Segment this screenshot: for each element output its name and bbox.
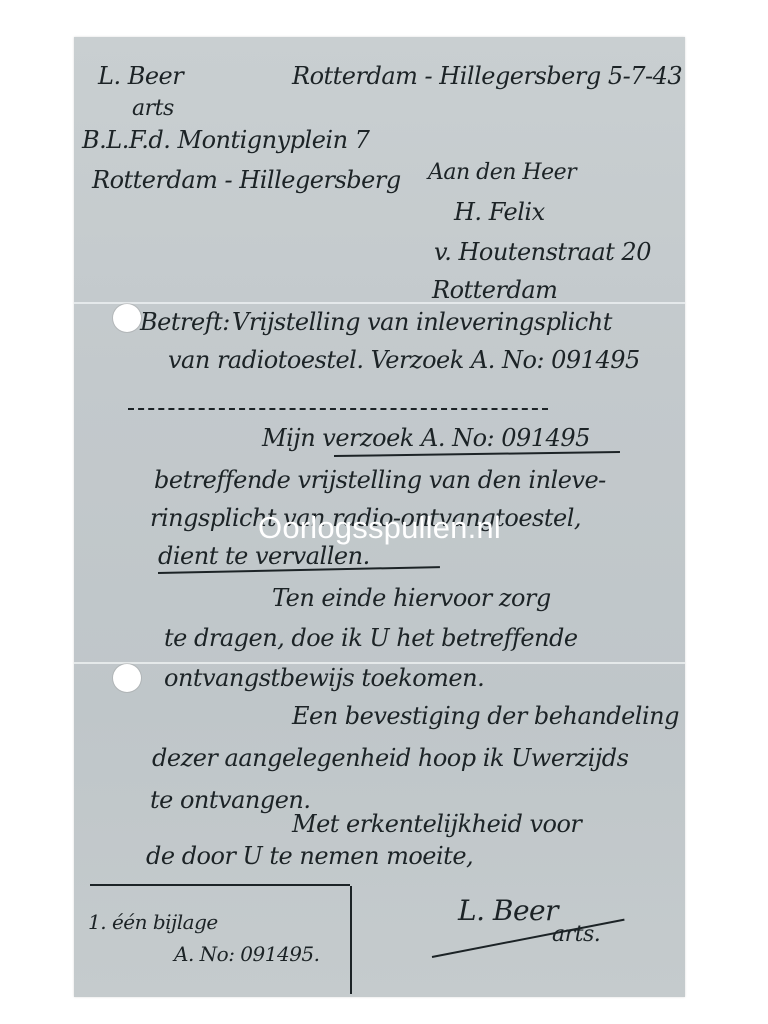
- recipient-street: v. Houtenstraat 20: [434, 238, 651, 266]
- sender-address: B.L.F.d. Montignyplein 7: [82, 126, 369, 154]
- body-p4-line2: de door U te nemen moeite,: [146, 842, 473, 870]
- body-p2-line2: te dragen, doe ik U het betreffende: [164, 624, 578, 652]
- enclosure-line-2: A. No: 091495.: [174, 942, 320, 966]
- sender-city: Rotterdam - Hillegersberg: [92, 166, 401, 194]
- body-p2-line3: ontvangstbewijs toekomen.: [164, 664, 484, 692]
- body-p1-line4: dient te vervallen.: [158, 542, 370, 570]
- dateline: Rotterdam - Hillegersberg 5-7-43: [292, 62, 682, 90]
- watermark: Oorlogsspullen.nl: [258, 510, 501, 546]
- recipient-city: Rotterdam: [432, 276, 557, 304]
- recipient-name: H. Felix: [454, 198, 545, 226]
- body-p3-line2: dezer aangelegenheid hoop ik Uwerzijds: [152, 744, 628, 772]
- subject-line-2: van radiotoestel. Verzoek A. No: 091495: [168, 346, 640, 374]
- punch-hole-upper: [113, 304, 141, 332]
- recipient-salutation: Aan den Heer: [428, 160, 576, 185]
- body-p4-line1: Met erkentelijkheid voor: [292, 810, 581, 838]
- fold-line-upper: [74, 302, 685, 304]
- body-p3-line3: te ontvangen.: [150, 786, 311, 814]
- enclosure-box-top: [90, 884, 350, 886]
- subject-label: Betreft:: [140, 308, 230, 336]
- punch-hole-lower: [113, 664, 141, 692]
- signature-title: arts.: [552, 922, 600, 947]
- sender-title: arts: [132, 96, 174, 121]
- subject-line-1: Vrijstelling van inleveringsplicht: [232, 308, 612, 336]
- dashed-separator: [128, 408, 548, 412]
- body-p1-line1: Mijn verzoek A. No: 091495: [262, 424, 590, 452]
- enclosure-line-1: 1. één bijlage: [88, 910, 218, 934]
- sender-name: L. Beer: [98, 62, 183, 90]
- body-p1-line2: betreffende vrijstelling van den inleve-: [154, 466, 606, 494]
- enclosure-box-right: [350, 886, 352, 994]
- body-p3-line1: Een bevestiging der behandeling: [292, 702, 679, 730]
- body-p2-line1: Ten einde hiervoor zorg: [272, 584, 551, 612]
- signature-name: L. Beer: [458, 894, 558, 927]
